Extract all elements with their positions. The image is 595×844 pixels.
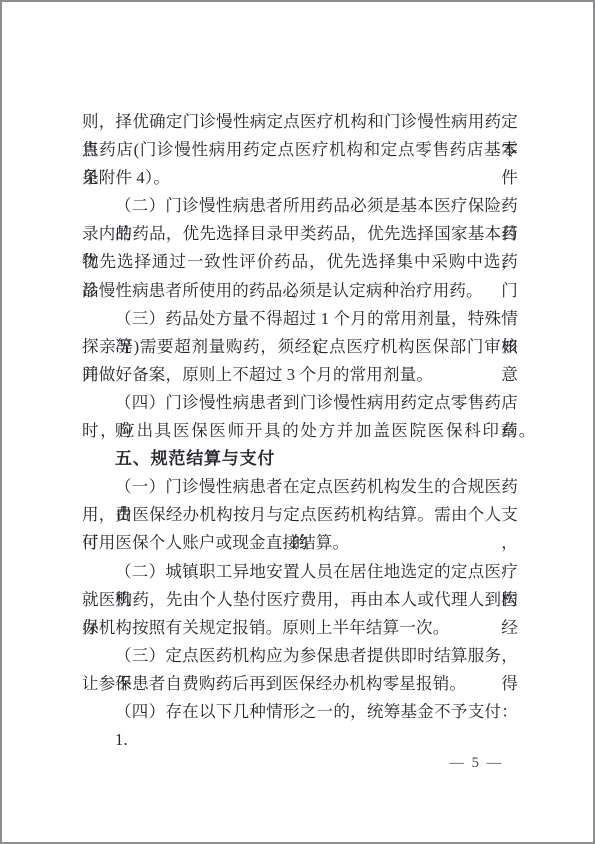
body-line: 则，择优确定门诊慢性病定点医疗机构和门诊慢性病用药定点零 xyxy=(82,108,518,136)
document-page: 则，择优确定门诊慢性病定点医疗机构和门诊慢性病用药定点零售药店(门诊慢性病用药定… xyxy=(0,0,595,844)
body-line: 就医购药，先由个人垫付医疗费用，再由本人或代理人到医保经 xyxy=(82,586,518,614)
body-line: 让参保患者自费购药后再到医保经办机构零星报销。 xyxy=(82,670,518,698)
section-heading: 五、规范结算与支付 xyxy=(82,445,518,473)
body-line: （三）定点医药机构应为参保患者提供即时结算服务，不得 xyxy=(82,642,518,670)
body-line: （二）门诊慢性病患者所用药品必须是基本医疗保险药品目 xyxy=(82,192,518,220)
body-line: （三）药品处方量不得超过 1 个月的常用剂量，特殊情况(如 xyxy=(82,305,518,333)
body-line: 时，应出具医保医师开具的处方并加盖医院医保科印章。 xyxy=(82,417,518,445)
text-block: 则，择优确定门诊慢性病定点医疗机构和门诊慢性病用药定点零售药店(门诊慢性病用药定… xyxy=(82,108,518,726)
body-line: （二）城镇职工异地安置人员在居住地选定的定点医疗机构 xyxy=(82,558,518,586)
body-line: （一）门诊慢性病患者在定点医药机构发生的合规医药费 xyxy=(82,473,518,501)
body-line: 优先选择通过一致性评价药品，优先选择集中采购中选药品。门 xyxy=(82,248,518,276)
body-line: 售药店(门诊慢性病用药定点医疗机构和定点零售药店基本条件 xyxy=(82,136,518,164)
page-number: — 5 — xyxy=(450,755,504,772)
body-line: （四）存在以下几种情形之一的，统筹基金不予支付：1. xyxy=(82,698,518,726)
body-line: （四）门诊慢性病患者到门诊慢性病用药定点零售药店购药 xyxy=(82,389,518,417)
body-line: 用，由医保经办机构按月与定点医药机构结算。需由个人支付的， xyxy=(82,501,518,529)
body-line: 诊慢性病患者所使用的药品必须是认定病种治疗用药。 xyxy=(82,277,518,305)
body-line: 探亲等)需要超剂量购药，须经定点医疗机构医保部门审核同意 xyxy=(82,333,518,361)
body-line: 录内的药品，优先选择目录甲类药品，优先选择国家基本药物， xyxy=(82,220,518,248)
